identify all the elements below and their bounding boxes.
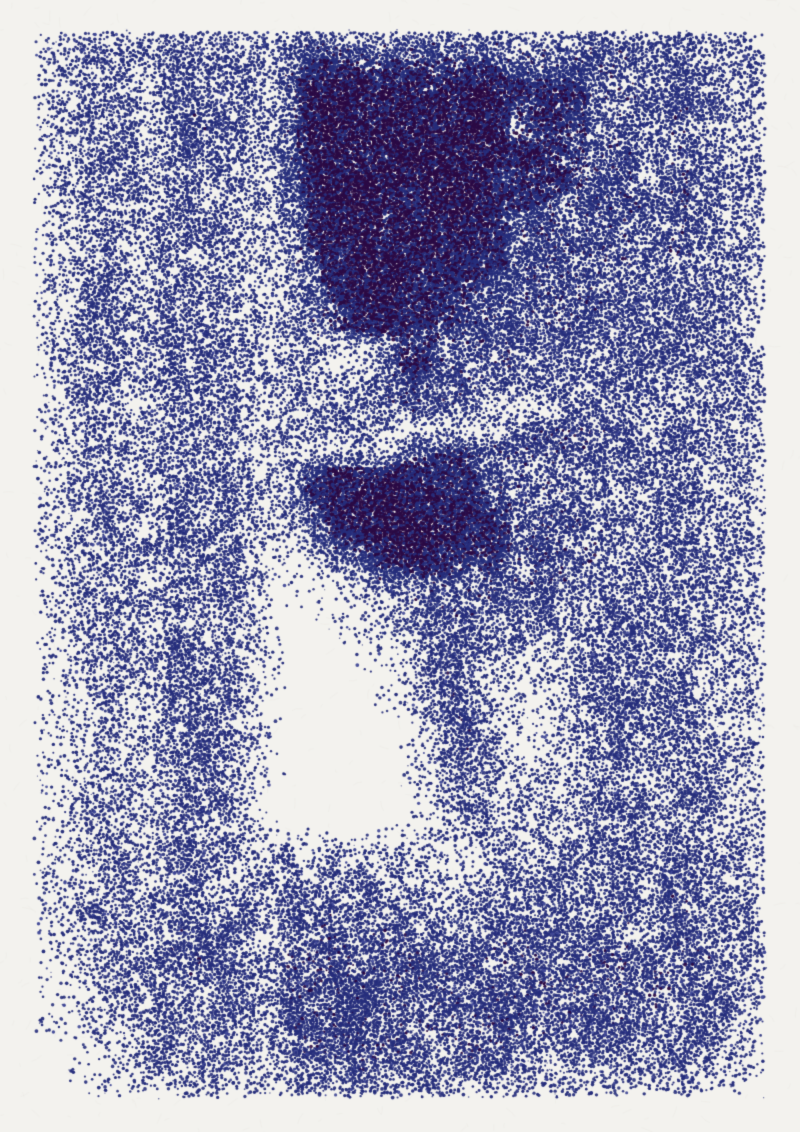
art-print <box>0 0 800 1132</box>
stipple-print-canvas <box>0 0 800 1132</box>
scanned-print-page <box>0 0 800 1132</box>
